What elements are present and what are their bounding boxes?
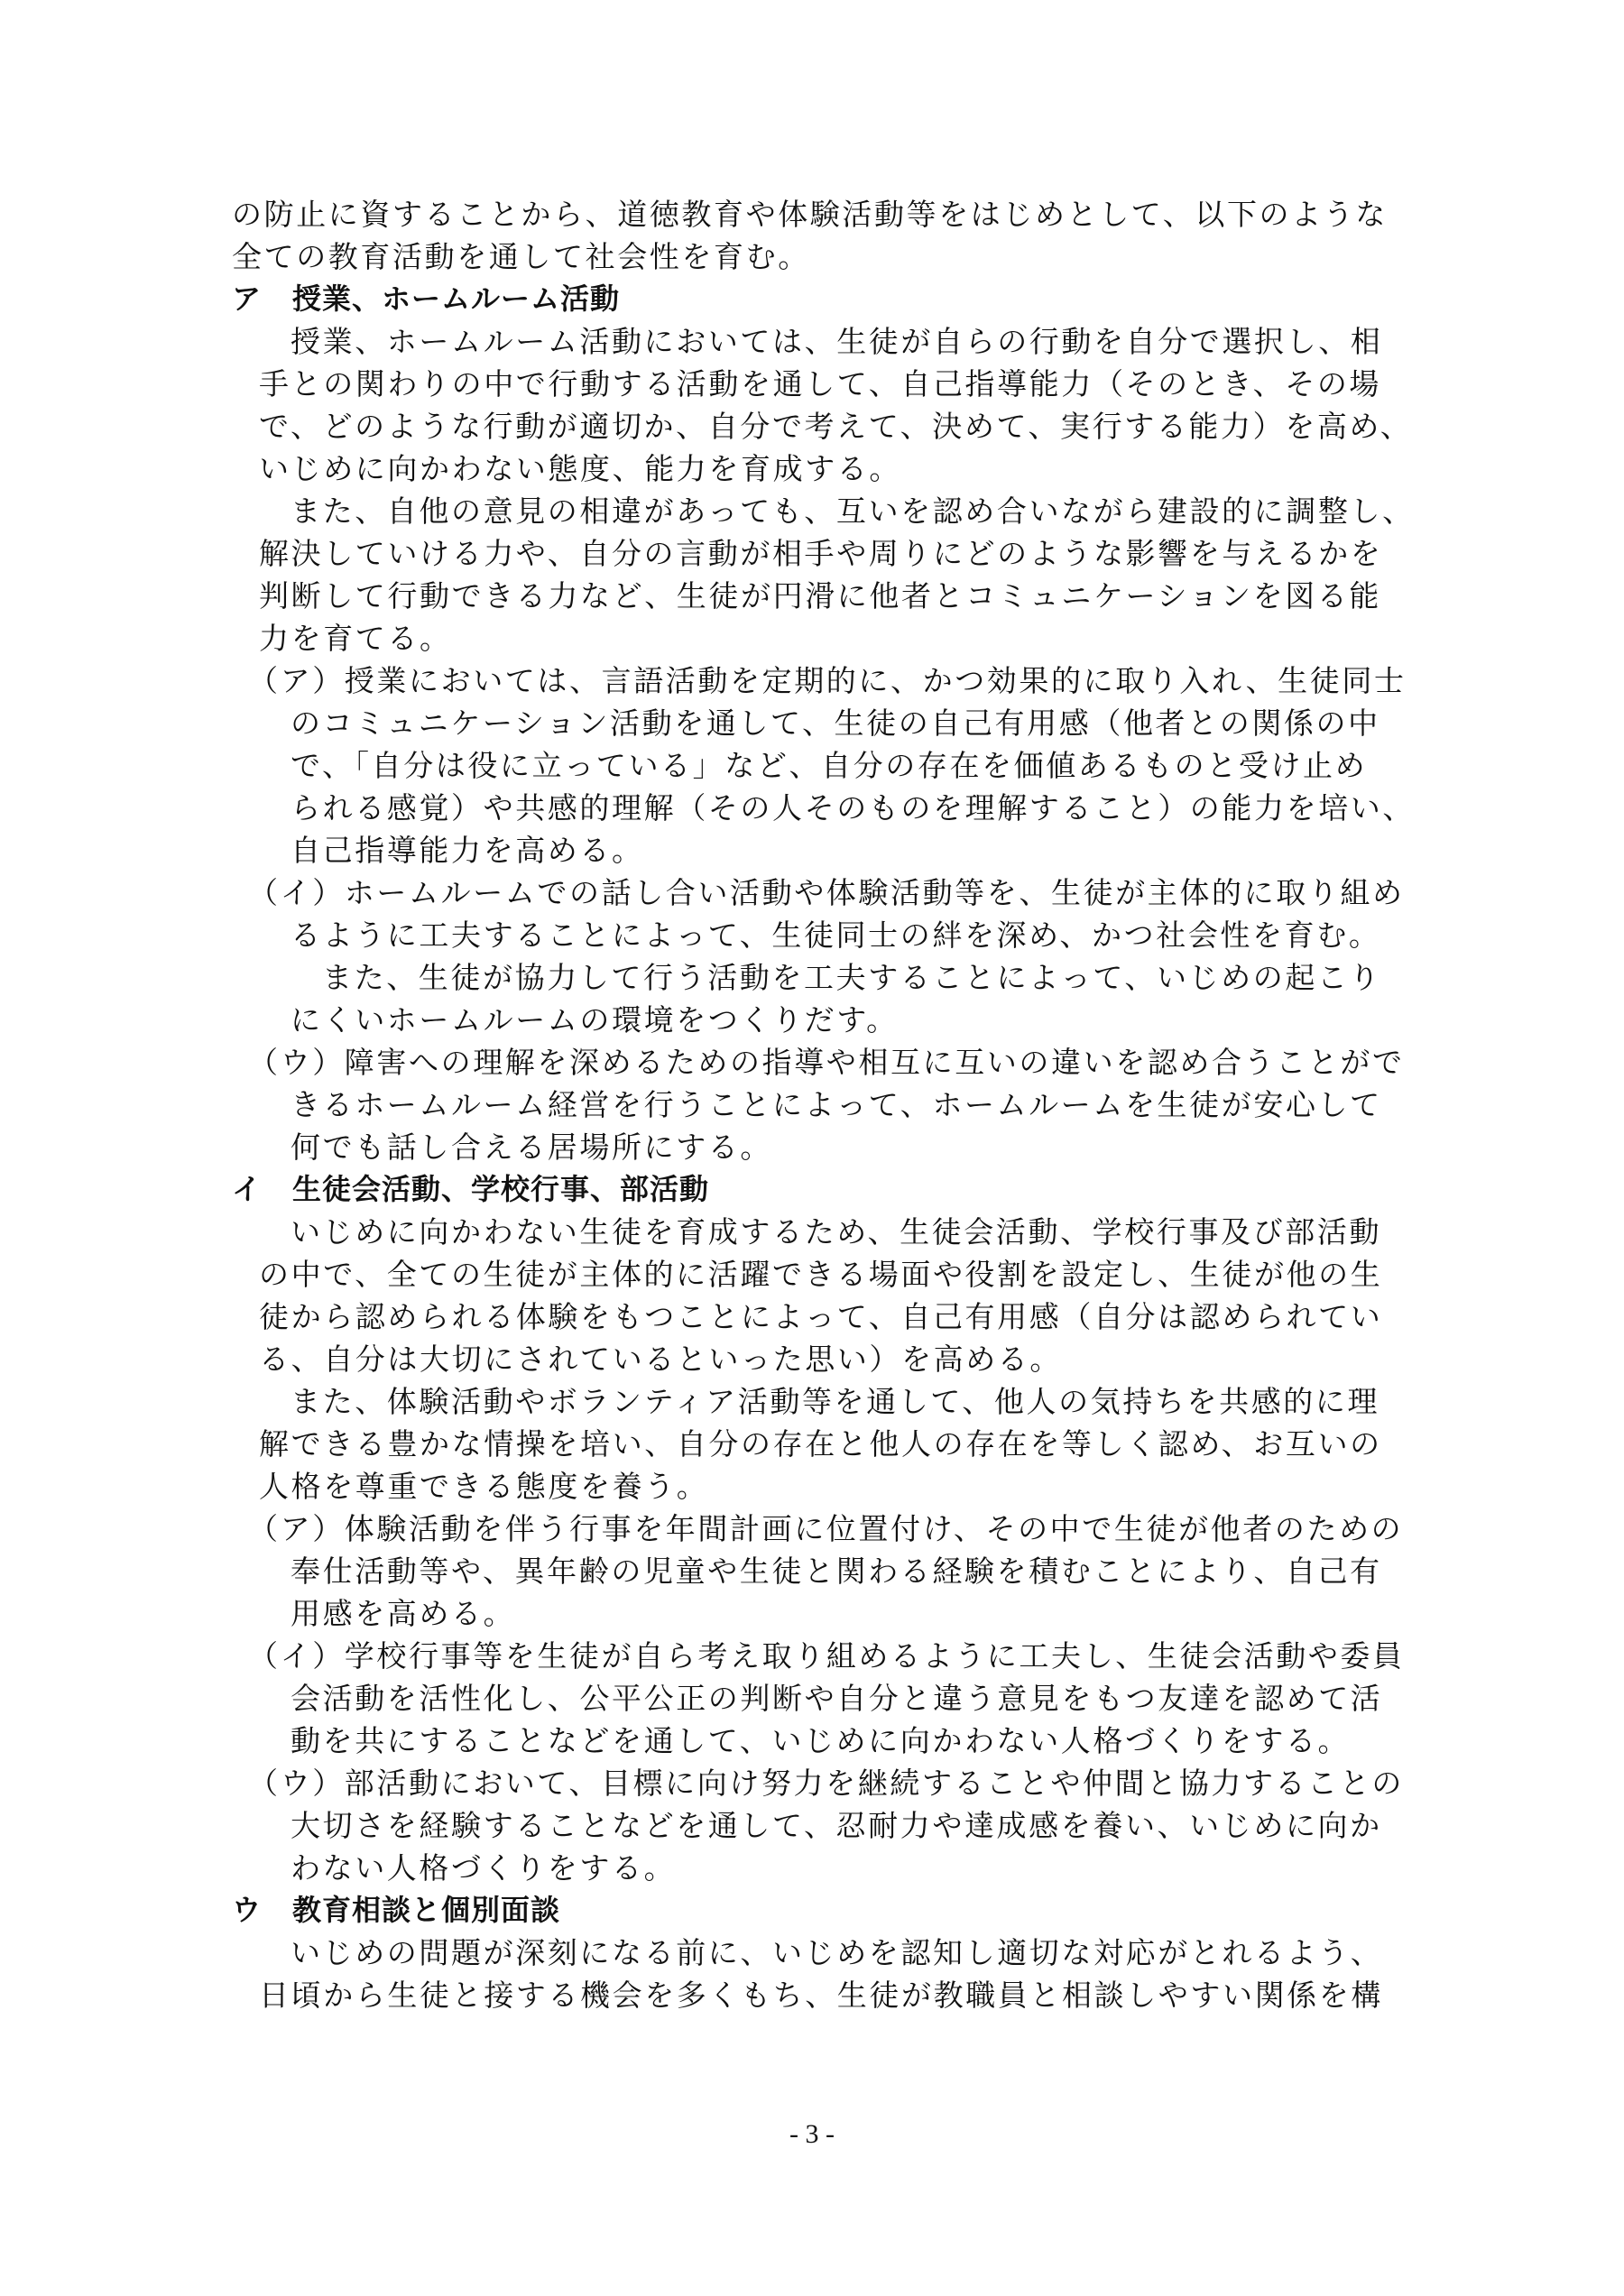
paragraph-line: で、どのような行動が適切か、自分で考えて、決めて、実行する能力）を高め、 — [232, 405, 1445, 447]
paragraph-line: 手との関わりの中で行動する活動を通して、自己指導能力（そのとき、その場 — [232, 363, 1445, 405]
sub-item-line: きるホームルーム経営を行うことによって、ホームルームを生徒が安心して — [232, 1083, 1445, 1126]
paragraph-line: 人格を尊重できる態度を養う。 — [232, 1465, 1445, 1508]
sub-item-line: られる感覚）や共感的理解（その人そのものを理解すること）の能力を培い、 — [232, 787, 1445, 829]
paragraph-line: いじめに向かわない生徒を育成するため、生徒会活動、学校行事及び部活動 — [232, 1211, 1445, 1253]
paragraph-line: また、自他の意見の相違があっても、互いを認め合いながら建設的に調整し、 — [232, 490, 1445, 532]
sub-item-line: （イ）学校行事等を生徒が自ら考え取り組めるように工夫し、生徒会活動や委員 — [232, 1635, 1445, 1677]
intro-line: 全ての教育活動を通して社会性を育む。 — [232, 235, 1445, 278]
section-title: 教育相談と個別面談 — [292, 1893, 560, 1927]
sub-item-line: また、生徒が協力して行う活動を工夫することによって、いじめの起こり — [232, 956, 1445, 999]
paragraph-line: 日頃から生徒と接する機会を多くもち、生徒が教職員と相談しやすい関係を構 — [232, 1974, 1445, 2016]
document-body: の防止に資することから、道徳教育や体験活動等をはじめとして、以下のような 全ての… — [232, 193, 1445, 2016]
section-mark: ア — [232, 278, 292, 320]
sub-item-line: 奉仕活動等や、異年齢の児童や生徒と関わる経験を積むことにより、自己有 — [232, 1550, 1445, 1592]
paragraph-line: る、自分は大切にされているといった思い）を高める。 — [232, 1338, 1445, 1380]
sub-item-line: 動を共にすることなどを通して、いじめに向かわない人格づくりをする。 — [232, 1720, 1445, 1762]
paragraph-line: 判断して行動できる力など、生徒が円滑に他者とコミュニケーションを図る能 — [232, 575, 1445, 617]
section-mark: ウ — [232, 1889, 292, 1932]
paragraph-line: 徒から認められる体験をもつことによって、自己有用感（自分は認められてい — [232, 1296, 1445, 1338]
sub-item-line: （ウ）障害への理解を深めるための指導や相互に互いの違いを認め合うことがで — [232, 1041, 1445, 1083]
sub-item-line: 会活動を活性化し、公平公正の判断や自分と違う意見をもつ友達を認めて活 — [232, 1677, 1445, 1720]
section-heading: イ生徒会活動、学校行事、部活動 — [232, 1168, 1445, 1211]
paragraph-line: また、体験活動やボランティア活動等を通して、他人の気持ちを共感的に理 — [232, 1380, 1445, 1423]
sub-item-line: （ウ）部活動において、目標に向け努力を継続することや仲間と協力することの — [232, 1762, 1445, 1804]
paragraph-line: 力を育てる。 — [232, 617, 1445, 659]
sub-item-line: にくいホームルームの環境をつくりだす。 — [232, 999, 1445, 1041]
sub-item-line: るように工夫することによって、生徒同士の絆を深め、かつ社会性を育む。 — [232, 914, 1445, 956]
section-heading: ウ教育相談と個別面談 — [232, 1889, 1445, 1932]
paragraph-line: いじめの問題が深刻になる前に、いじめを認知し適切な対応がとれるよう、 — [232, 1932, 1445, 1974]
paragraph-line: 解できる豊かな情操を培い、自分の存在と他人の存在を等しく認め、お互いの — [232, 1423, 1445, 1465]
section-title: 授業、ホームルーム活動 — [292, 281, 620, 316]
paragraph-line: 解決していける力や、自分の言動が相手や周りにどのような影響を与えるかを — [232, 532, 1445, 575]
sub-item-line: （ア）体験活動を伴う行事を年間計画に位置付け、その中で生徒が他者のための — [232, 1508, 1445, 1550]
sub-item-line: （ア）授業においては、言語活動を定期的に、かつ効果的に取り入れ、生徒同士 — [232, 659, 1445, 702]
section-mark: イ — [232, 1168, 292, 1211]
sub-item-line: 大切さを経験することなどを通して、忍耐力や達成感を養い、いじめに向か — [232, 1804, 1445, 1847]
section-title: 生徒会活動、学校行事、部活動 — [292, 1172, 709, 1206]
paragraph-line: 授業、ホームルーム活動においては、生徒が自らの行動を自分で選択し、相 — [232, 320, 1445, 363]
sub-item-line: 何でも話し合える居場所にする。 — [232, 1126, 1445, 1168]
sub-item-line: で、「自分は役に立っている」など、自分の存在を価値あるものと受け止め — [232, 744, 1445, 787]
sub-item-line: （イ）ホームルームでの話し合い活動や体験活動等を、生徒が主体的に取り組め — [232, 871, 1445, 914]
sub-item-line: わない人格づくりをする。 — [232, 1847, 1445, 1889]
paragraph-line: の中で、全ての生徒が主体的に活躍できる場面や役割を設定し、生徒が他の生 — [232, 1253, 1445, 1296]
sub-item-line: 自己指導能力を高める。 — [232, 829, 1445, 871]
section-heading: ア授業、ホームルーム活動 — [232, 278, 1445, 320]
sub-item-line: 用感を高める。 — [232, 1592, 1445, 1635]
intro-line: の防止に資することから、道徳教育や体験活動等をはじめとして、以下のような — [232, 193, 1445, 235]
page-number: - 3 - — [0, 2119, 1624, 2150]
paragraph-line: いじめに向かわない態度、能力を育成する。 — [232, 447, 1445, 490]
document-page: の防止に資することから、道徳教育や体験活動等をはじめとして、以下のような 全ての… — [0, 0, 1624, 2296]
sub-item-line: のコミュニケーション活動を通して、生徒の自己有用感（他者との関係の中 — [232, 702, 1445, 744]
